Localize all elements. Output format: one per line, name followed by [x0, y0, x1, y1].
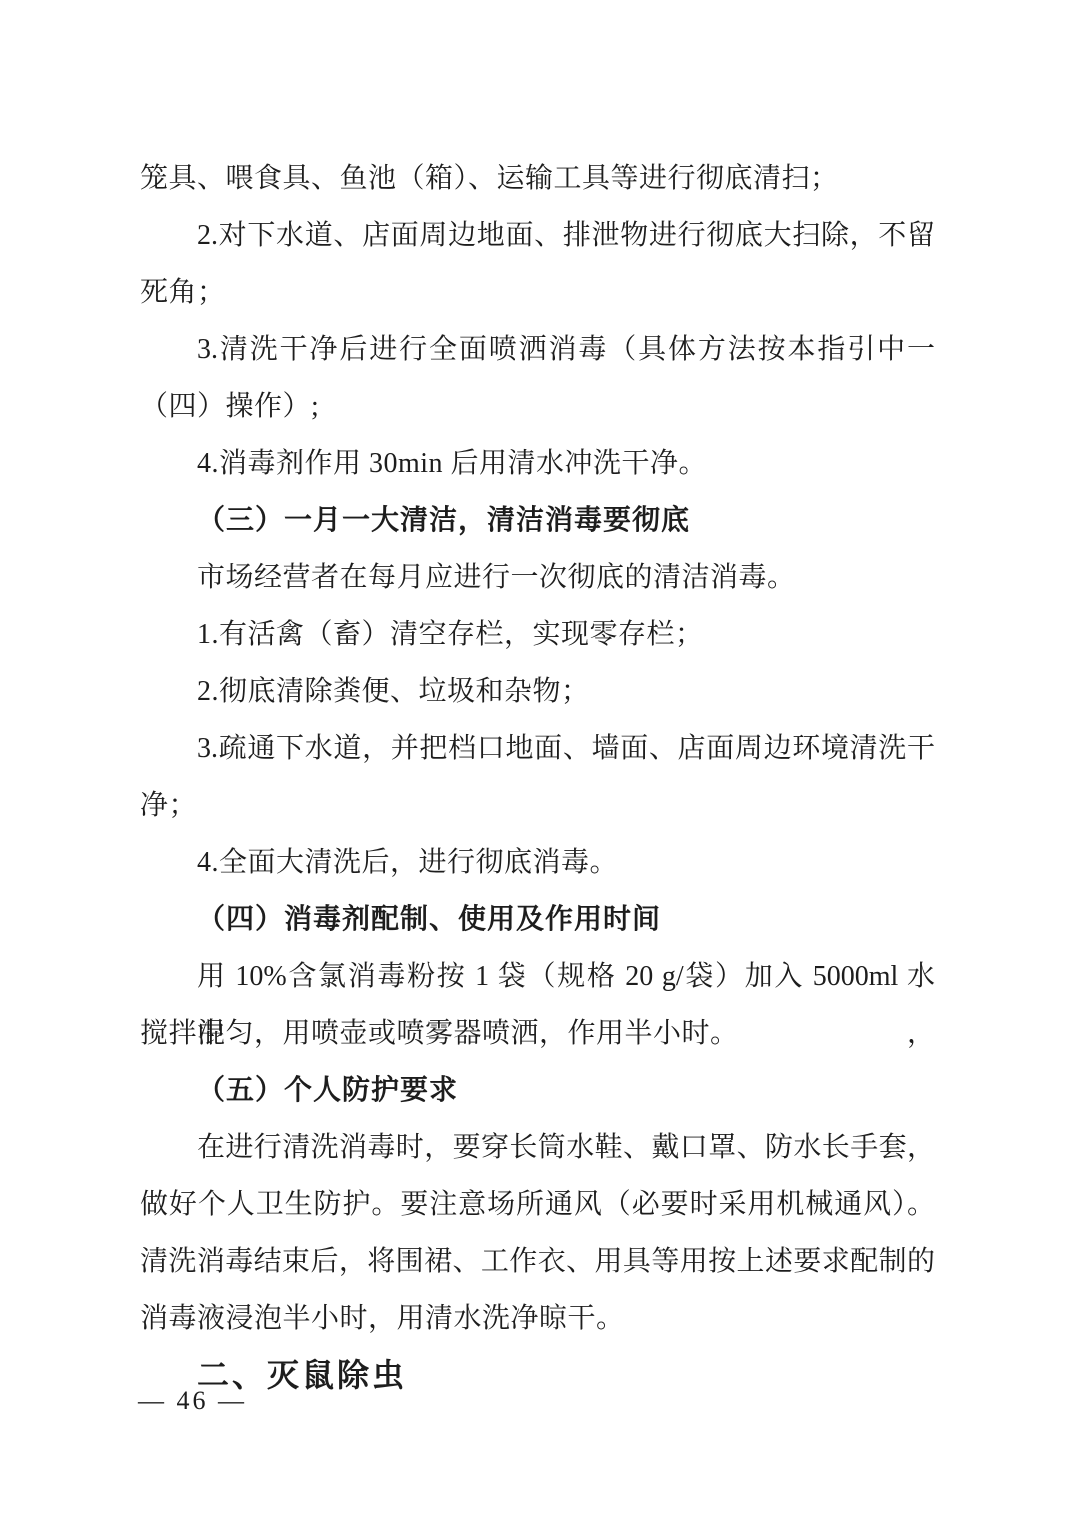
doc-line: 3.清洗干净后进行全面喷洒消毒（具体方法按本指引中一 [140, 321, 935, 378]
doc-line: 1.有活禽（畜）清空存栏，实现零存栏； [140, 606, 935, 663]
doc-line: 在进行清洗消毒时，要穿长筒水鞋、戴口罩、防水长手套， [140, 1119, 935, 1176]
chapter-heading-2: 二、灭鼠除虫 [140, 1347, 935, 1404]
document-page: { "colors": { "background": "#ffffff", "… [0, 0, 1080, 1527]
doc-line: 4.消毒剂作用 30min 后用清水冲洗干净。 [140, 435, 935, 492]
doc-line: 消毒液浸泡半小时，用清水洗净晾干。 [140, 1290, 935, 1347]
section-heading-3: （三）一月一大清洁，清洁消毒要彻底 [140, 492, 935, 549]
doc-line: 笼具、喂食具、鱼池（箱）、运输工具等进行彻底清扫； [140, 150, 935, 207]
doc-line: （四）操作）; [140, 378, 935, 435]
doc-line: 市场经营者在每月应进行一次彻底的清洁消毒。 [140, 549, 935, 606]
page-number: — 46 — [138, 1386, 247, 1416]
doc-line: 2.对下水道、店面周边地面、排泄物进行彻底大扫除，不留 [140, 207, 935, 264]
doc-line: 用 10%含氯消毒粉按 1 袋（规格 20 g/袋）加入 5000ml 水中， [140, 948, 935, 1005]
doc-line: 净； [140, 777, 935, 834]
doc-line: 清洗消毒结束后，将围裙、工作衣、用具等用按上述要求配制的 [140, 1233, 935, 1290]
doc-line: 2.彻底清除粪便、垃圾和杂物； [140, 663, 935, 720]
doc-line: 死角； [140, 264, 935, 321]
section-heading-5: （五）个人防护要求 [140, 1062, 935, 1119]
document-body: 笼具、喂食具、鱼池（箱）、运输工具等进行彻底清扫； 2.对下水道、店面周边地面、… [140, 150, 935, 1404]
doc-line: 4.全面大清洗后，进行彻底消毒。 [140, 834, 935, 891]
doc-line: 做好个人卫生防护。要注意场所通风（必要时采用机械通风）。 [140, 1176, 935, 1233]
doc-line: 3.疏通下水道，并把档口地面、墙面、店面周边环境清洗干 [140, 720, 935, 777]
section-heading-4: （四）消毒剂配制、使用及作用时间 [140, 891, 935, 948]
